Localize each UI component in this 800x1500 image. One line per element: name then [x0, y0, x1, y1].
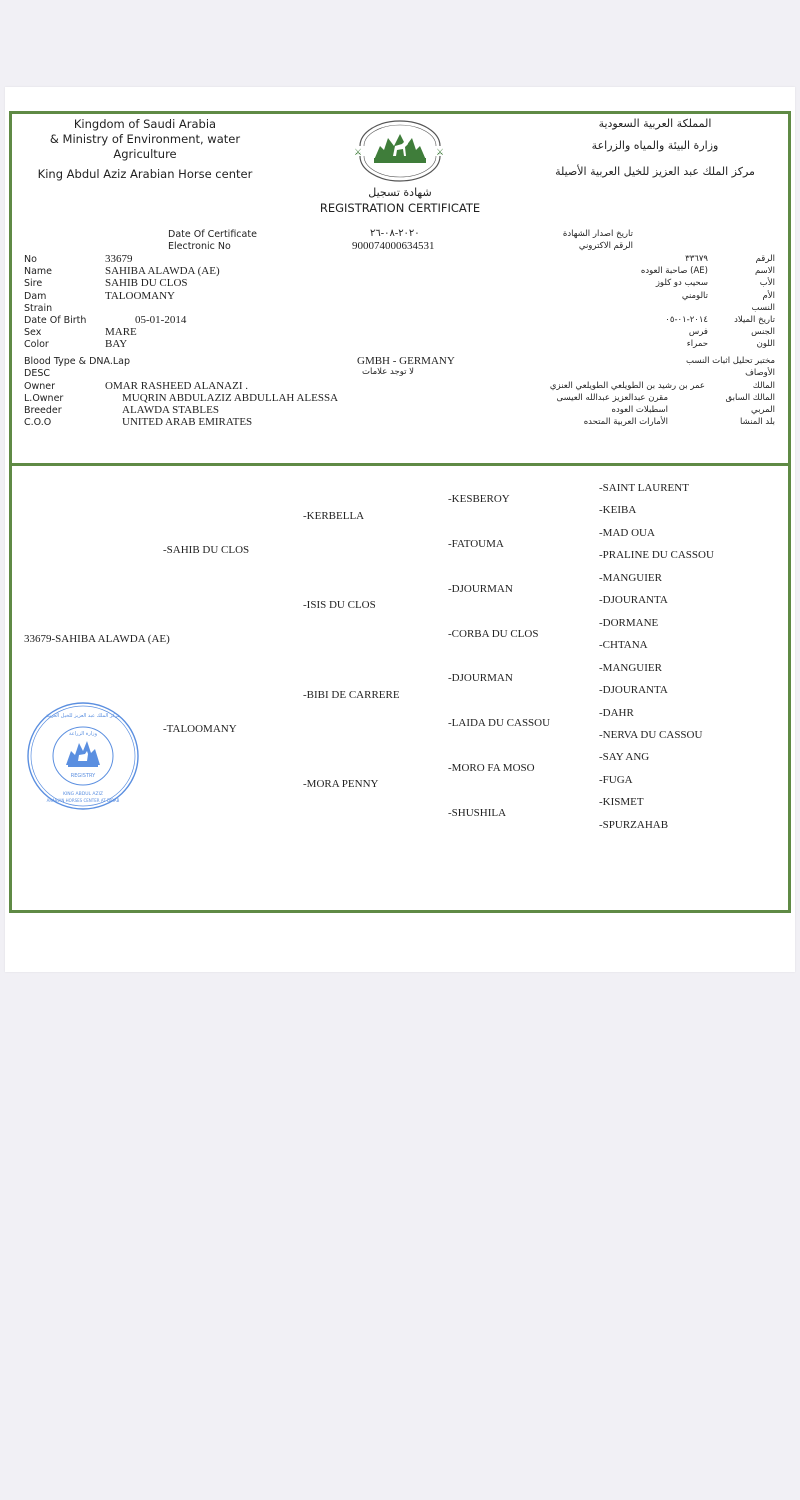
field-label: Strain — [24, 303, 52, 314]
pedigree-gen2-name: -MORA PENNY — [303, 778, 378, 790]
pedigree-gen4-name: -NERVA DU CASSOU — [599, 729, 702, 741]
field-label-ar: بلد المنشا — [695, 417, 775, 427]
field-value-ar: ٣٣٦٧٩ — [520, 254, 708, 264]
svg-text:⚔: ⚔ — [436, 148, 444, 158]
field-label-ar: الجنس — [700, 327, 775, 337]
header-en-line1: Kingdom of Saudi Arabia — [30, 117, 260, 131]
pedigree-gen3-name: -MORO FA MOSO — [448, 762, 535, 774]
pedigree-gen3-name: -DJOURMAN — [448, 583, 513, 595]
field-value: GMBH - GERMANY — [357, 355, 455, 367]
header-en-line2: & Ministry of Environment, water — [30, 132, 260, 146]
electronic-no-label: Electronic No — [168, 241, 231, 252]
pedigree-gen1-name: -SAHIB DU CLOS — [163, 544, 249, 556]
pedigree-gen3-name: -CORBA DU CLOS — [448, 628, 538, 640]
horse-emblem-icon: ⚔ ⚔ — [350, 116, 450, 184]
field-label: Sire — [24, 278, 42, 289]
pedigree-gen2-name: -ISIS DU CLOS — [303, 599, 376, 611]
field-label-ar: الأم — [700, 291, 775, 301]
pedigree-gen4-name: -MAD OUA — [599, 527, 655, 539]
field-value: 05-01-2014 — [135, 314, 186, 326]
pedigree-gen2-name: -KERBELLA — [303, 510, 364, 522]
field-value-ar: ٢٠١٤-٠١-٠٥ — [520, 315, 708, 325]
svg-text:وزارة الزراعة: وزارة الزراعة — [69, 731, 98, 737]
pedigree-gen4-name: -MANGUIER — [599, 572, 662, 584]
field-value-ar: الأمارات العربية المتحده — [520, 417, 668, 427]
field-label-ar: الرقم — [700, 254, 775, 264]
date-of-certificate-value: ٢٠٢٠-٠٨-٢٦ — [370, 228, 420, 239]
field-label-ar: مختبر تحليل اثبات النسب — [635, 356, 775, 366]
field-value-ar: عمر بن رشيد بن الطويلعي الطويلعي العنزي — [520, 381, 705, 391]
field-value: MARE — [105, 326, 137, 338]
field-label: L.Owner — [24, 393, 63, 404]
field-label: DESC — [24, 368, 50, 379]
field-value: TALOOMANY — [105, 290, 175, 302]
pedigree-gen4-name: -DJOURANTA — [599, 684, 668, 696]
field-label: Name — [24, 266, 52, 277]
pedigree-gen1-name: -TALOOMANY — [163, 723, 237, 735]
header-en-line3: Agriculture — [30, 147, 260, 161]
field-label-ar: تاريخ الميلاد — [700, 315, 775, 325]
field-label: Dam — [24, 291, 46, 302]
field-value: SAHIB DU CLOS — [105, 277, 188, 289]
title-en: REGISTRATION CERTIFICATE — [300, 201, 500, 215]
pedigree-gen3-name: -SHUSHILA — [448, 807, 506, 819]
field-value-ar: سحيب دو كلوز — [520, 278, 708, 288]
svg-text:KING ABDUL AZIZ: KING ABDUL AZIZ — [63, 791, 103, 797]
pedigree-gen4-name: -FUGA — [599, 774, 633, 786]
pedigree-gen4-name: -DAHR — [599, 707, 634, 719]
electronic-no-value: 900074000634531 — [352, 240, 435, 252]
title-ar: شهادة تسجيل — [350, 186, 450, 199]
date-of-certificate-label-ar: تاريخ اصدار الشهادة — [505, 229, 633, 239]
field-value-ar: (AE) صاحبة العوده — [520, 266, 708, 276]
field-label-ar: المالك السابق — [695, 393, 775, 403]
field-label: Owner — [24, 381, 55, 392]
field-value: UNITED ARAB EMIRATES — [122, 416, 252, 428]
section-divider — [9, 463, 791, 466]
svg-text:⚔: ⚔ — [354, 148, 362, 158]
header-ar-line1: المملكة العربية السعودية — [540, 117, 770, 130]
field-label-ar: النسب — [700, 303, 775, 313]
registry-stamp-icon: REGISTRY KING ABDUL AZIZ ARABIAN HORSES … — [26, 701, 140, 811]
field-label-ar: المالك — [695, 381, 775, 391]
pedigree-gen3-name: -DJOURMAN — [448, 672, 513, 684]
field-label-ar: الأب — [700, 278, 775, 288]
field-value-ar: فرس — [520, 327, 708, 337]
field-value: SAHIBA ALAWDA (AE) — [105, 265, 220, 277]
svg-text:مركز الملك عبد العزيز للخيل ال: مركز الملك عبد العزيز للخيل العربية — [46, 713, 121, 719]
date-of-certificate-label: Date Of Certificate — [168, 229, 257, 240]
pedigree-gen2-name: -BIBI DE CARRERE — [303, 689, 400, 701]
field-value: لا توجد علامات — [362, 367, 414, 377]
pedigree-gen4-name: -DJOURANTA — [599, 594, 668, 606]
pedigree-gen4-name: -PRALINE DU CASSOU — [599, 549, 714, 561]
pedigree-gen4-name: -MANGUIER — [599, 662, 662, 674]
field-value: 33679 — [105, 253, 133, 265]
field-value: OMAR RASHEED ALANAZI . — [105, 380, 248, 392]
field-label: Date Of Birth — [24, 315, 86, 326]
field-label: Breeder — [24, 405, 62, 416]
field-value-ar: مقرن عبدالعزيز عبدالله العيسى — [520, 393, 668, 403]
field-value-ar: حمراء — [520, 339, 708, 349]
pedigree-gen4-name: -KEIBA — [599, 504, 636, 516]
pedigree-gen4-name: -CHTANA — [599, 639, 648, 651]
header-ar-line3: مركز الملك عبد العزيز للخيل العربية الأص… — [530, 165, 780, 178]
field-label: C.O.O — [24, 417, 51, 428]
field-label-ar: الأوصاف — [695, 368, 775, 378]
field-value-ar: تالومني — [520, 291, 708, 301]
field-value: ALAWDA STABLES — [122, 404, 219, 416]
field-value-ar: اسطبلات العوده — [520, 405, 668, 415]
svg-text:ARABIAN HORSES CENTER AT DIRAB: ARABIAN HORSES CENTER AT DIRAB — [47, 798, 120, 803]
pedigree-gen3-name: -FATOUMA — [448, 538, 504, 550]
field-label: Color — [24, 339, 49, 350]
pedigree-gen3-name: -LAIDA DU CASSOU — [448, 717, 550, 729]
field-label-ar: اللون — [700, 339, 775, 349]
pedigree-gen4-name: -SAY ANG — [599, 751, 649, 763]
svg-text:REGISTRY: REGISTRY — [71, 773, 96, 779]
electronic-no-label-ar: الرقم الاكتروني — [505, 241, 633, 251]
pedigree-gen4-name: -SPURZAHAB — [599, 819, 668, 831]
field-label-ar: المربي — [695, 405, 775, 415]
pedigree-gen4-name: -SAINT LAURENT — [599, 482, 689, 494]
pedigree-subject: 33679-SAHIBA ALAWDA (AE) — [24, 633, 170, 645]
field-label: Sex — [24, 327, 41, 338]
field-value: BAY — [105, 338, 127, 350]
pedigree-gen3-name: -KESBEROY — [448, 493, 510, 505]
pedigree-gen4-name: -KISMET — [599, 796, 644, 808]
field-label: Blood Type & DNA.Lap — [24, 356, 130, 367]
field-label-ar: الاسم — [700, 266, 775, 276]
field-label: No — [24, 254, 37, 265]
pedigree-gen4-name: -DORMANE — [599, 617, 658, 629]
header-en-line4: King Abdul Aziz Arabian Horse center — [30, 167, 260, 181]
header-ar-line2: وزارة البيئة والمياه والزراعة — [540, 139, 770, 152]
field-value: MUQRIN ABDULAZIZ ABDULLAH ALESSA — [122, 392, 338, 404]
